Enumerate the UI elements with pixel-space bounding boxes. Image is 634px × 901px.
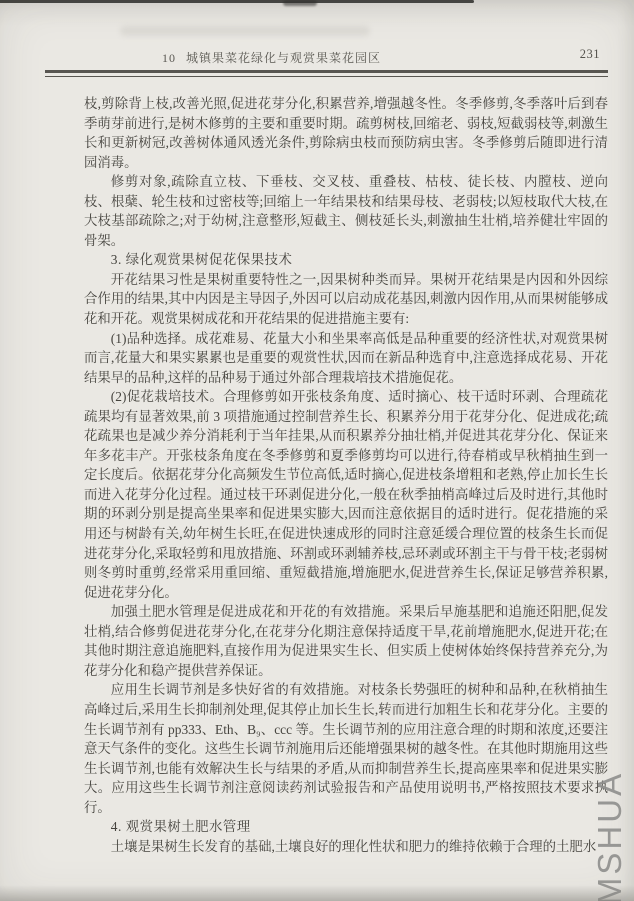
paragraph-pruning-targets: 修剪对象,疏除直立枝、下垂枝、交叉枝、重叠枝、枯枝、徒长枝、内膛枝、逆向枝、根蘖…	[84, 172, 608, 250]
scan-artifact-bottom-edge	[0, 885, 634, 901]
scan-artifact-top-edge	[0, 0, 474, 3]
body-text: 枝,剪除背上枝,改善光照,促进花芽分化,积累营养,增强越冬性。冬季修剪,冬季落叶…	[84, 94, 608, 856]
chapter-number: 10	[162, 51, 176, 65]
paragraph-flowering-habit: 开花结果习性是果树重要特性之一,因果树种类而异。果树开花结果是内因和外因综合作用…	[84, 270, 608, 329]
page-number: 231	[580, 47, 600, 62]
paragraph-cultivation-techniques: (2)促花栽培技术。合理修剪如开张枝条角度、适时摘心、枝干适时环剥、合理疏花疏果…	[84, 387, 608, 602]
paragraph-continuation: 枝,剪除背上枝,改善光照,促进花芽分化,积累营养,增强越冬性。冬季修剪,冬季落叶…	[84, 94, 608, 172]
paragraph-growth-regulators: 应用生长调节剂是多快好省的有效措施。对枝条长势强旺的树种和品种,在秋梢抽生高峰过…	[84, 680, 608, 817]
paragraph-soil-fertilizer-water: 加强土肥水管理是促进成花和开花的有效措施。采果后早施基肥和追施还阳肥,促发壮梢,…	[84, 602, 608, 680]
scanned-page: 10城镇果菜花绿化与观赏果菜花园区 231 枝,剪除背上枝,改善光照,促进花芽分…	[0, 0, 634, 901]
watermark: MSHUA	[590, 773, 630, 901]
running-header: 10城镇果菜花绿化与观赏果菜花园区 231	[45, 49, 608, 67]
chapter-title: 城镇果菜花绿化与观赏果菜花园区	[186, 51, 381, 65]
paragraph-variety-selection: (1)品种选择。成花难易、花量大小和坐果率高低是品种重要的经济性状,对观赏果树而…	[84, 329, 608, 388]
scan-artifact-smudge	[120, 26, 370, 36]
section-heading-4: 4. 观赏果树土肥水管理	[84, 817, 608, 837]
scan-artifact-blob	[283, 0, 317, 6]
header-rule	[45, 70, 608, 77]
section-heading-3: 3. 绿化观赏果树促花保果技术	[84, 250, 608, 270]
paragraph-soil-foundation: 土壤是果树生长发育的基础,土壤良好的理化性状和肥力的维持依赖于合理的土肥水	[84, 837, 608, 857]
running-header-title: 10城镇果菜花绿化与观赏果菜花园区	[45, 49, 498, 66]
